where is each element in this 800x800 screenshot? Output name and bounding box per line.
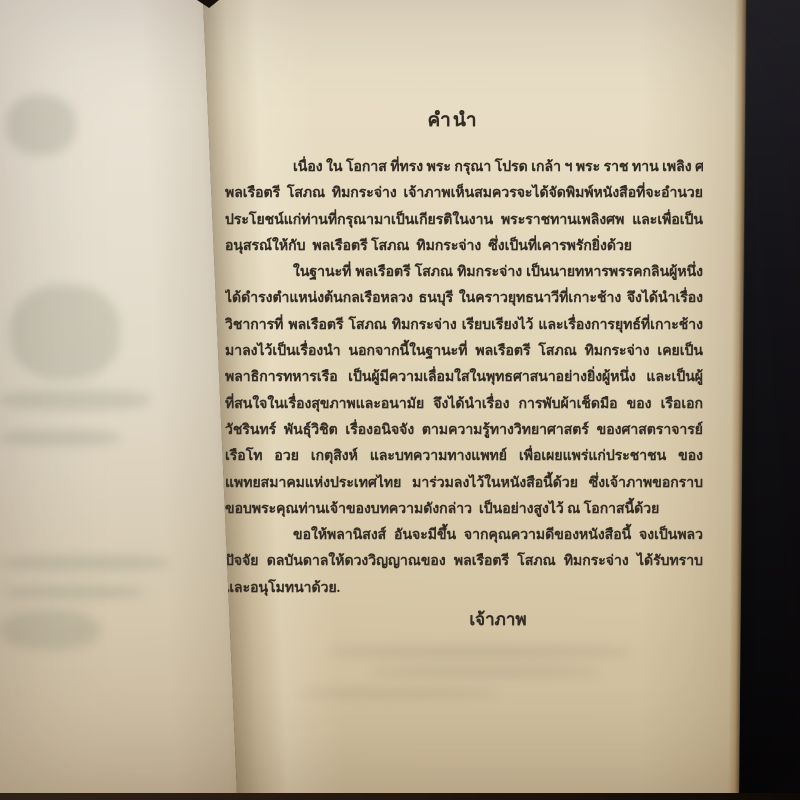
show-through-smudge	[4, 585, 144, 599]
table-shadow	[0, 793, 800, 800]
text-line: พลาธิการทหารเรือ เป็นผู้มีความเลื่อมใสใน…	[225, 365, 703, 391]
text-line: แพทยสมาคมแห่งประเทศไทย มาร่วมลงไว้ในหนัง…	[225, 471, 703, 497]
text-line: วิชาการที่ พลเรือตรี โสภณ ทิมกระจ่าง เรี…	[225, 313, 703, 339]
paragraph: ขอให้พลานิสงส์ อันจะมีขึ้น จากคุณความดีข…	[225, 523, 703, 602]
text-line: เรือโท อวย เกตุสิงห์ และบทความทางแพทย์ เ…	[225, 444, 703, 470]
text-line: มาลงไว้เป็นเรื่องนำ นอกจากนี้ในฐานะที่ พ…	[225, 339, 703, 365]
text-line: ขอบพระคุณท่านเจ้าของบทความดังกล่าว เป็นอ…	[225, 497, 703, 523]
text-line: ในฐานะที่ พลเรือตรี โสภณ ทิมกระจ่าง เป็น…	[225, 260, 703, 286]
book-photo: คำนำ เนื่อง ใน โอกาส ที่ทรง พระ กรุณา โป…	[0, 0, 800, 800]
text-line: และอนุโมทนาด้วย.	[225, 576, 703, 602]
signature: เจ้าภาพ	[259, 606, 737, 633]
show-through-smudge	[370, 666, 600, 678]
preface-paragraphs: เนื่อง ใน โอกาส ที่ทรง พระ กรุณา โปรด เก…	[225, 155, 703, 602]
text-line: เนื่อง ใน โอกาส ที่ทรง พระ กรุณา โปรด เก…	[225, 155, 703, 181]
show-through-smudge	[6, 95, 76, 155]
text-line: พลเรือตรี โสภณ ทิมกระจ่าง เจ้าภาพเห็นสมค…	[225, 181, 703, 207]
text-line: ประโยชน์แก่ท่านที่กรุณามาเป็นเกียรติในงา…	[225, 208, 703, 234]
text-line: ปัจจัย ดลบันดาลให้ดวงวิญญาณของ พลเรือตรี…	[225, 549, 703, 575]
show-through-smudge	[300, 688, 500, 698]
paragraph: เนื่อง ใน โอกาส ที่ทรง พระ กรุณา โปรด เก…	[225, 155, 703, 260]
preface-text: คำนำ เนื่อง ใน โอกาส ที่ทรง พระ กรุณา โป…	[225, 108, 703, 633]
page-title: คำนำ	[214, 108, 692, 134]
show-through-smudge	[0, 610, 100, 650]
text-line: ได้ดำรงตำแหน่งต้นกลเรือหลวง ธนบุรี ในครา…	[225, 286, 703, 312]
show-through-smudge	[10, 285, 120, 380]
text-line: อนุสรณ์ให้กับ พลเรือตรี โสภณ ทิมกระจ่าง …	[225, 234, 703, 260]
show-through-smudge	[0, 390, 150, 410]
show-through-smudge	[330, 645, 630, 659]
text-line: ขอให้พลานิสงส์ อันจะมีขึ้น จากคุณความดีข…	[225, 523, 703, 549]
text-line: ที่สนใจในเรื่องสุขภาพและอนามัย จึงได้นำเ…	[225, 392, 703, 418]
show-through-smudge	[0, 555, 170, 571]
text-line: วัชรินทร์ พันธุ์วิชิต เรื่องอนิจจัง ตามค…	[225, 418, 703, 444]
show-through-smudge	[0, 430, 120, 446]
paragraph: ในฐานะที่ พลเรือตรี โสภณ ทิมกระจ่าง เป็น…	[225, 260, 703, 523]
